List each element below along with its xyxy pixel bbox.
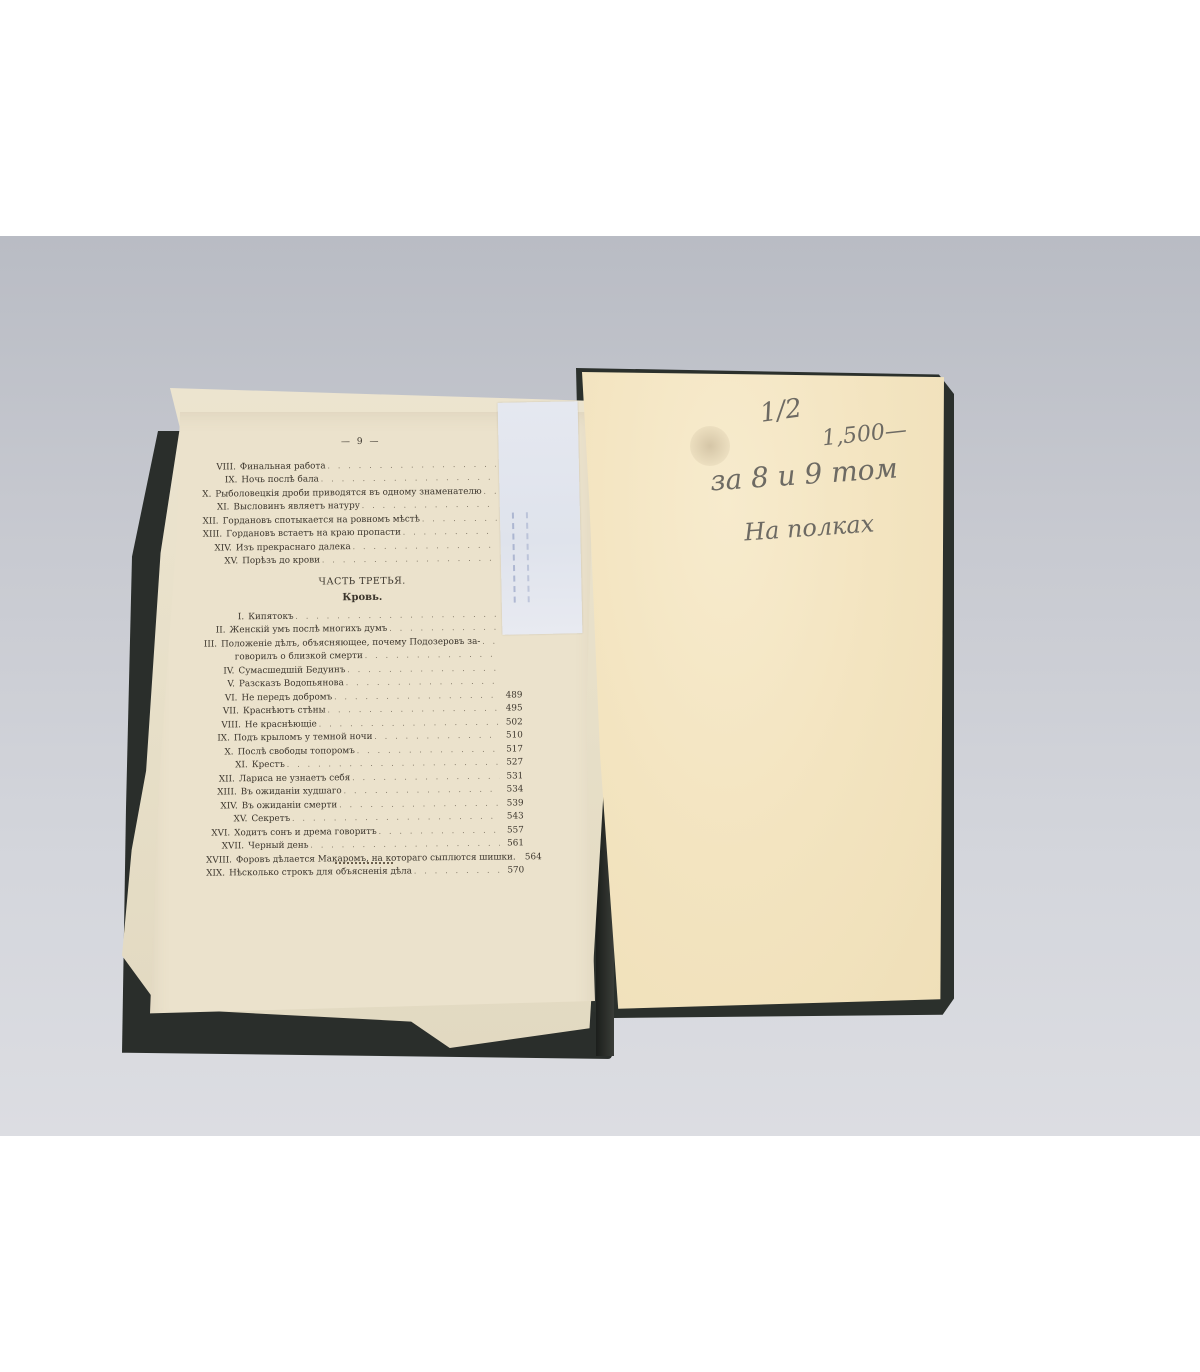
library-slip	[498, 401, 583, 635]
chapter-page: 502	[501, 716, 523, 730]
chapter-number: II.	[204, 624, 230, 638]
toc-entries-part-three: I.Кипятокъ. . . . . . . . . . . . . . . …	[204, 608, 525, 881]
chapter-number: IV.	[204, 665, 238, 679]
page-number: — 9 —	[202, 434, 520, 451]
leader-dots: . . . . . . . . . . . . . . . . . . . . …	[422, 512, 497, 526]
chapter-title: Подъ крыломъ у темной ночи	[234, 731, 373, 746]
leader-dots: . . . . . . . . . . . . . . . . . . . . …	[484, 485, 497, 499]
chapter-page: 517	[501, 743, 523, 757]
chapter-title: Краснѣютъ стѣны	[243, 704, 326, 718]
leader-dots: . . . . . . . . . . . . . . . . . . . . …	[362, 499, 497, 514]
book-photo: — 9 — VIII.Финальная работа. . . . . . .…	[0, 236, 1200, 1136]
chapter-title: Послѣ свободы топоромъ	[238, 745, 355, 760]
chapter-number: VIII.	[205, 719, 245, 733]
chapter-title: Ночь послѣ бала	[241, 473, 319, 487]
toc-entry: XV.Порѣзъ до крови. . . . . . . . . . . …	[203, 552, 521, 569]
chapter-title: Черный день	[248, 840, 309, 854]
chapter-page: 489	[500, 689, 522, 703]
chapter-number: XIII.	[205, 786, 240, 800]
chapter-title: Изъ прекраснаго далека	[236, 541, 351, 556]
chapter-title: Въ ожиданіи смерти	[242, 799, 338, 813]
chapter-number: XIX.	[206, 867, 229, 881]
chapter-number: XV.	[203, 555, 242, 569]
part-subtitle: Кровь.	[203, 589, 521, 606]
chapter-number: XII.	[205, 773, 239, 787]
chapter-title: Не передъ добромъ	[241, 691, 332, 705]
chapter-number: III.	[204, 638, 221, 652]
leader-dots: . . . . . . . . . . . . . . . . . . . . …	[389, 622, 497, 637]
chapter-number: XVI.	[206, 827, 234, 841]
chapter-number: XV.	[206, 813, 252, 827]
ornament-divider	[335, 856, 393, 864]
toc-entries-part-two: VIII.Финальная работа. . . . . . . . . .…	[202, 458, 521, 569]
chapter-number: IX.	[205, 732, 234, 746]
table-of-contents: — 9 — VIII.Финальная работа. . . . . . .…	[202, 434, 525, 881]
chapter-page: 564	[520, 851, 542, 865]
leader-dots: . . . . . . . . . . . . . . . . . . . . …	[414, 865, 500, 879]
chapter-title: Секретъ	[251, 813, 290, 827]
chapter-number: XIII.	[203, 528, 227, 542]
chapter-number: VI.	[204, 692, 241, 706]
chapter-title: Кипятокъ	[248, 610, 293, 624]
leader-dots: . . . . . . . . . . . . . . . . . . . . …	[379, 824, 500, 839]
leader-dots: . . . . . . . . . . . . . . . . . . . . …	[403, 526, 497, 540]
chapter-page: 534	[501, 783, 523, 797]
chapter-title: Финальная работа	[240, 460, 326, 474]
chapter-page: 531	[501, 770, 523, 784]
chapter-title: Лариса не узнаетъ себя	[239, 772, 351, 787]
slip-stamp	[512, 512, 530, 602]
chapter-title: Нѣсколько строкъ для объясненія дѣла	[229, 865, 412, 880]
chapter-page: 557	[502, 824, 524, 838]
chapter-page: 539	[501, 797, 523, 811]
chapter-title: Высловинъ являетъ натуру	[233, 500, 360, 515]
leader-dots: . . . . . . . . . . . . . . . . . . . . …	[374, 730, 499, 745]
stain	[690, 426, 730, 466]
chapter-title: Крестъ	[252, 759, 285, 773]
chapter-number: IX.	[202, 474, 241, 488]
chapter-number: VII.	[204, 705, 243, 719]
chapter-number: XVII.	[206, 840, 248, 854]
chapter-page: 510	[501, 729, 523, 743]
part-title: ЧАСТЬ ТРЕТЬЯ.	[203, 573, 521, 590]
chapter-number: VIII.	[202, 461, 240, 475]
chapter-number: X.	[202, 488, 215, 502]
chapter-page: 495	[500, 702, 522, 716]
chapter-title: Не краснѣющіе	[245, 718, 317, 732]
leader-dots: . . . . . . . . . . . . . . . . . . . . …	[365, 649, 498, 664]
chapter-page: 561	[502, 837, 524, 851]
chapter-number: XVIII.	[206, 854, 236, 868]
chapter-number: XIV.	[205, 800, 241, 814]
chapter-title: Порѣзъ до крови	[242, 554, 320, 568]
handwritten-fraction: 1/2	[758, 393, 804, 429]
chapter-page: 527	[501, 756, 523, 770]
chapter-number: I.	[204, 611, 249, 625]
leader-dots: . . . . . . . . . . . . . . . . . . . . …	[482, 635, 498, 649]
chapter-number: V.	[204, 678, 239, 692]
chapter-number: XI.	[202, 501, 233, 515]
chapter-page: 543	[502, 810, 524, 824]
chapter-number: X.	[205, 746, 238, 760]
chapter-page: 570	[502, 864, 524, 878]
chapter-number: XII.	[202, 515, 222, 529]
chapter-number: XIV.	[203, 542, 236, 556]
chapter-title: Въ ожиданіи худшаго	[241, 785, 342, 800]
chapter-title: Сумасшедшій Бедуинъ	[238, 664, 345, 679]
chapter-number: XI.	[205, 759, 252, 773]
chapter-title: говорилъ о близкой смерти	[235, 650, 363, 665]
chapter-title: Разсказъ Водопьянова	[239, 677, 344, 692]
leader-dots: . . . . . . . . . . . . . . . . . . . . …	[322, 553, 497, 568]
